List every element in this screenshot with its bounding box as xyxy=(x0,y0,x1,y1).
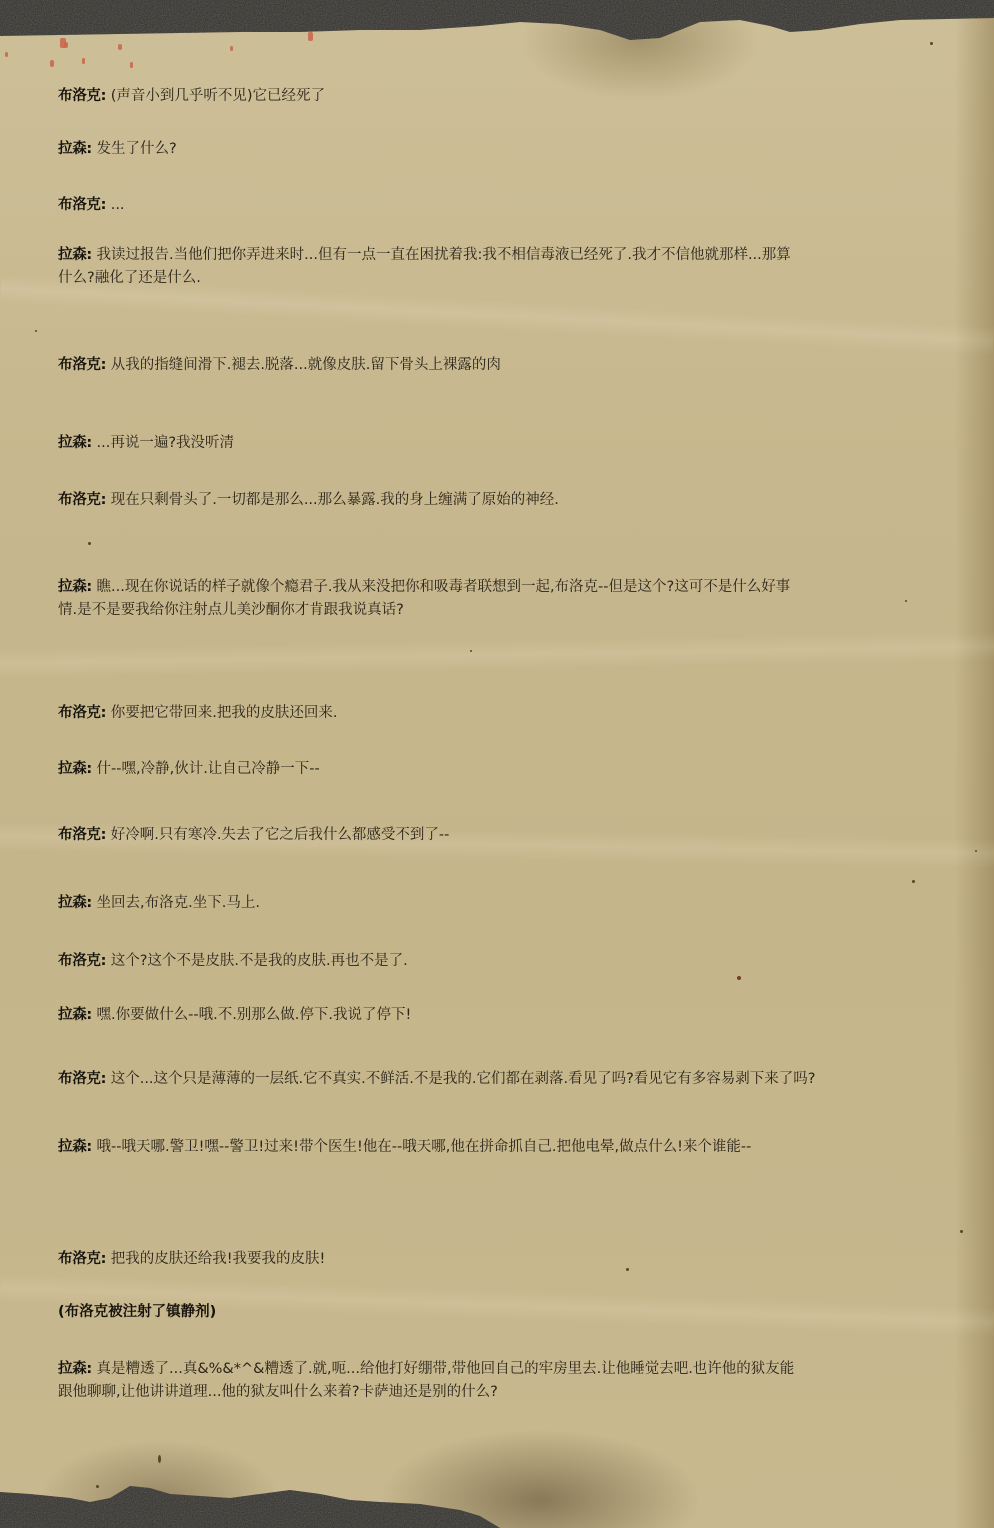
speaker-name: 拉森: xyxy=(58,1007,92,1023)
dialogue-line: 布洛克: 现在只剩骨头了.一切都是那么...那么暴露.我的身上缠满了原始的神经. xyxy=(58,489,798,512)
blood-spatter xyxy=(50,60,54,67)
speck xyxy=(905,600,907,602)
dialogue-text: 嘿.你要做什么--哦.不.别那么做.停下.我说了停下! xyxy=(97,1007,412,1023)
dialogue-text: 现在只剩骨头了.一切都是那么...那么暴露.我的身上缠满了原始的神经. xyxy=(111,492,559,508)
dialogue-text: 这个...这个只是薄薄的一层纸.它不真实.不鲜活.不是我的.它们都在剥落.看见了… xyxy=(111,1071,816,1087)
dialogue-text: 我读过报告.当他们把你弄进来时...但有一点一直在困扰着我:我不相信毒液已经死了… xyxy=(58,247,791,286)
speaker-name: 布洛克: xyxy=(58,492,106,508)
dialogue-text: 好冷啊.只有寒冷.失去了它之后我什么都感受不到了-- xyxy=(111,827,450,843)
speaker-name: 拉森: xyxy=(58,247,92,263)
dialogue-text: 发生了什么? xyxy=(97,141,177,157)
blood-spatter xyxy=(230,46,233,51)
burnt-edge-top xyxy=(0,0,994,70)
speck xyxy=(737,976,741,980)
speck xyxy=(912,880,915,883)
speaker-name: 拉森: xyxy=(58,579,92,595)
speaker-name: 布洛克: xyxy=(58,953,106,969)
dialogue-line: 布洛克: ... xyxy=(58,194,798,217)
blood-spatter xyxy=(5,52,8,57)
blood-spatter xyxy=(130,62,133,68)
dialogue-line: 布洛克: 好冷啊.只有寒冷.失去了它之后我什么都感受不到了-- xyxy=(58,824,798,847)
dialogue-text: 真是糟透了...真&%&*^&糟透了.就,呃...给他打好绷带,带他回自己的牢房… xyxy=(58,1361,794,1400)
dialogue-text: 这个?这个不是皮肤.不是我的皮肤.再也不是了. xyxy=(111,953,408,969)
speaker-name: 拉森: xyxy=(58,895,92,911)
dialogue-line: 拉森: 嘿.你要做什么--哦.不.别那么做.停下.我说了停下! xyxy=(58,1004,798,1027)
dialogue-line: 拉森: 真是糟透了...真&%&*^&糟透了.就,呃...给他打好绷带,带他回自… xyxy=(58,1358,798,1404)
speck xyxy=(158,1455,161,1463)
speck xyxy=(930,42,933,45)
speaker-name: 布洛克: xyxy=(58,197,106,213)
speck xyxy=(96,1485,99,1488)
dialogue-line: 布洛克: (声音小到几乎听不见)它已经死了 xyxy=(58,85,798,108)
dialogue-line: 拉森: 发生了什么? xyxy=(58,138,798,161)
speck xyxy=(88,542,91,545)
speaker-name: 拉森: xyxy=(58,435,92,451)
speaker-name: 布洛克: xyxy=(58,357,106,373)
dialogue-line: 布洛克: 从我的指缝间滑下.褪去.脱落...就像皮肤.留下骨头上裸露的肉 xyxy=(58,354,798,377)
speck xyxy=(470,650,472,652)
dialogue-text: 坐回去,布洛克.坐下.马上. xyxy=(97,895,260,911)
dialogue-line: 拉森: 瞧...现在你说话的样子就像个瘾君子.我从来没把你和吸毒者联想到一起,布… xyxy=(58,576,798,622)
dialogue-line: 布洛克: 你要把它带回来.把我的皮肤还回来. xyxy=(58,702,798,725)
dialogue-line: 拉森: 坐回去,布洛克.坐下.马上. xyxy=(58,892,798,915)
dialogue-text: ... xyxy=(111,197,125,213)
speaker-name: 布洛克: xyxy=(58,1251,106,1267)
dialogue-text: 从我的指缝间滑下.褪去.脱落...就像皮肤.留下骨头上裸露的肉 xyxy=(111,357,501,373)
dialogue-line: 布洛克: 这个?这个不是皮肤.不是我的皮肤.再也不是了. xyxy=(58,950,798,973)
dialogue-text: 什--嘿,冷静,伙计.让自己冷静一下-- xyxy=(97,761,320,777)
speck xyxy=(960,1230,963,1233)
speaker-name: 拉森: xyxy=(58,141,92,157)
dialogue-line: 布洛克: 这个...这个只是薄薄的一层纸.它不真实.不鲜活.不是我的.它们都在剥… xyxy=(58,1068,898,1091)
blood-spatter xyxy=(82,58,85,64)
speaker-name: 拉森: xyxy=(58,1361,92,1377)
blood-spatter xyxy=(118,44,122,50)
speaker-name: 拉森: xyxy=(58,761,92,777)
dialogue-line: 拉森: 什--嘿,冷静,伙计.让自己冷静一下-- xyxy=(58,758,798,781)
blood-spatter xyxy=(64,42,68,48)
speaker-name: 布洛克: xyxy=(58,705,106,721)
dialogue-text: 你要把它带回来.把我的皮肤还回来. xyxy=(111,705,338,721)
dialogue-text: 哦--哦天哪.警卫!嘿--警卫!过来!带个医生!他在--哦天哪,他在拼命抓自己.… xyxy=(97,1139,752,1155)
blood-spatter xyxy=(308,32,313,41)
speck xyxy=(35,330,37,332)
speck xyxy=(975,850,977,852)
dialogue-line: 布洛克: 把我的皮肤还给我!我要我的皮肤! xyxy=(58,1248,798,1271)
dialogue-line: 拉森: 哦--哦天哪.警卫!嘿--警卫!过来!带个医生!他在--哦天哪,他在拼命… xyxy=(58,1136,798,1159)
dialogue-text: ...再说一遍?我没听清 xyxy=(97,435,235,451)
dialogue-line: 拉森: ...再说一遍?我没听清 xyxy=(58,432,798,455)
speaker-name: 布洛克: xyxy=(58,827,106,843)
dialogue-text: 瞧...现在你说话的样子就像个瘾君子.我从来没把你和吸毒者联想到一起,布洛克--… xyxy=(58,579,790,618)
speaker-name: 布洛克: xyxy=(58,88,106,104)
dialogue-text: 把我的皮肤还给我!我要我的皮肤! xyxy=(111,1251,326,1267)
dialogue-text: (声音小到几乎听不见)它已经死了 xyxy=(111,88,325,104)
speaker-name: 布洛克: xyxy=(58,1071,106,1087)
dialogue-line: 拉森: 我读过报告.当他们把你弄进来时...但有一点一直在困扰着我:我不相信毒液… xyxy=(58,244,798,290)
stage-direction: (布洛克被注射了镇静剂) xyxy=(58,1300,216,1321)
speaker-name: 拉森: xyxy=(58,1139,92,1155)
burnt-edge-bottom xyxy=(0,1458,994,1528)
